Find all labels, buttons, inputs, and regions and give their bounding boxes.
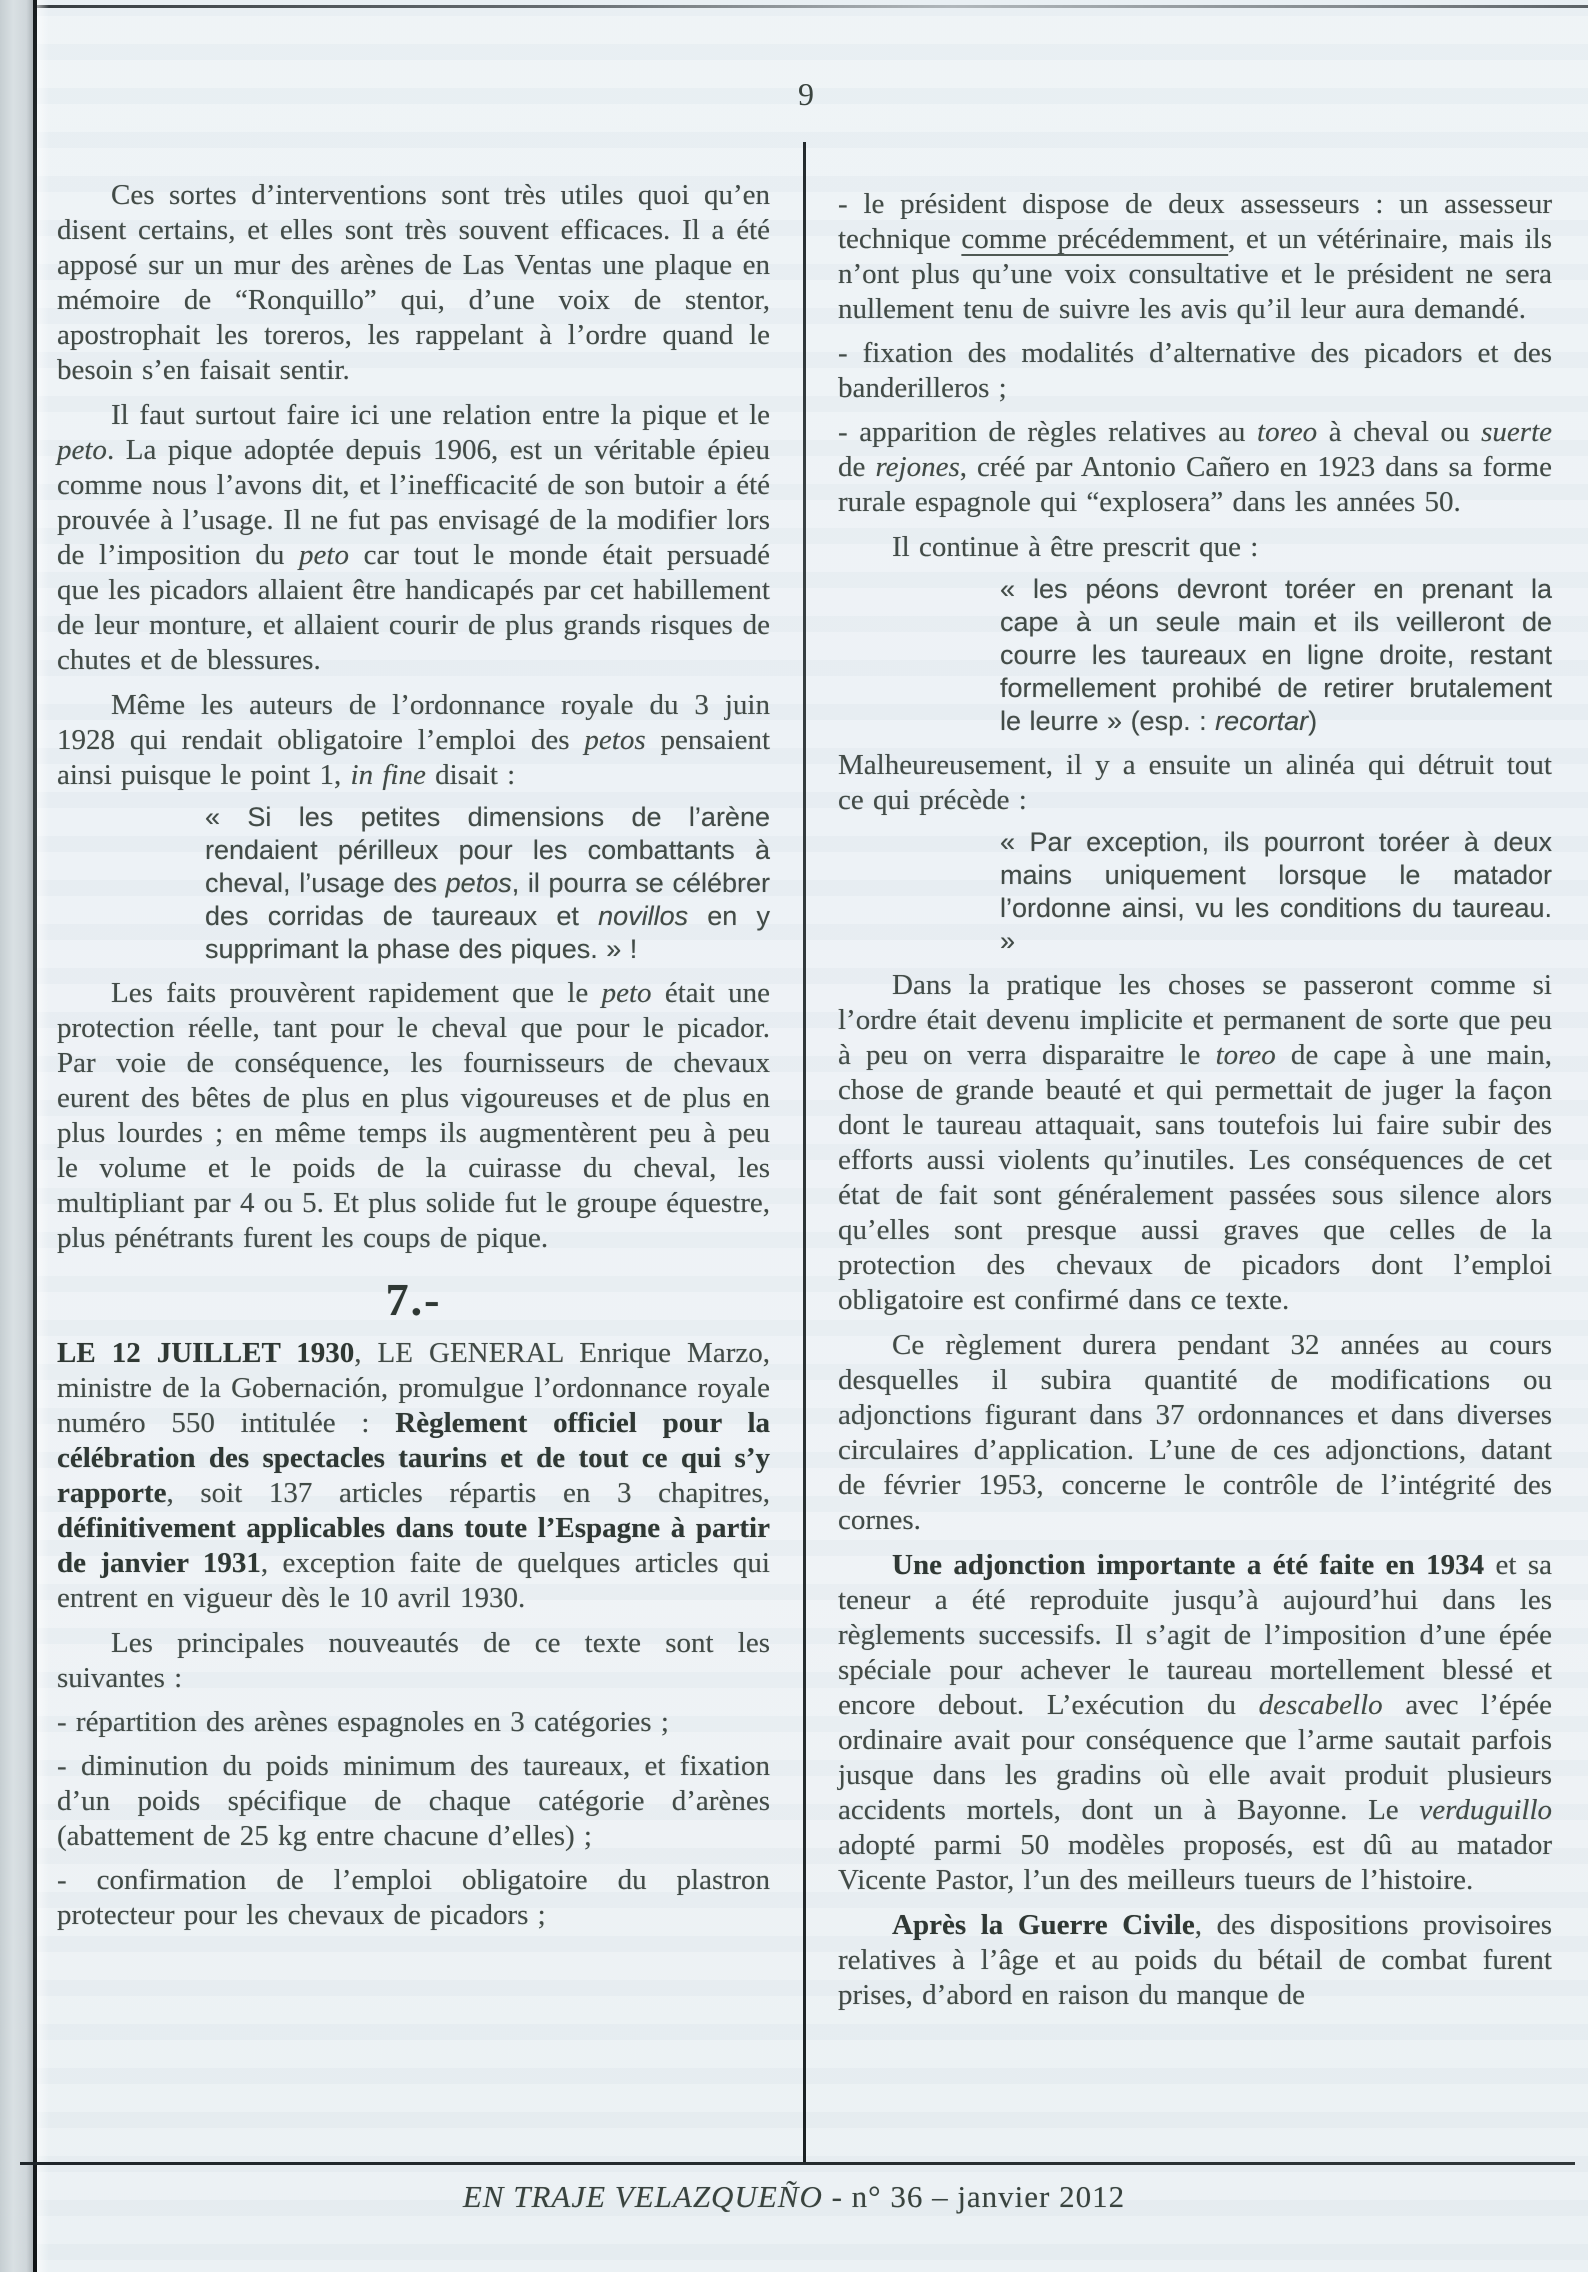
- text-segment: disait :: [426, 759, 515, 791]
- text-segment: - n° 36 – janvier 2012: [823, 2179, 1125, 2214]
- text-segment: petos: [446, 868, 512, 898]
- text-segment: à cheval ou: [1317, 416, 1481, 448]
- text-segment: toreo: [1216, 1039, 1276, 1071]
- text-segment: verduguillo: [1419, 1794, 1552, 1826]
- text-segment: toreo: [1257, 416, 1317, 448]
- page-number: 9: [746, 76, 866, 113]
- text-segment: Il continue à être prescrit que :: [892, 531, 1258, 563]
- text-segment: novillos: [598, 901, 688, 931]
- list-item: - confirmation de l’emploi obligatoire d…: [57, 1863, 770, 1933]
- paragraph: Il continue à être prescrit que :: [838, 530, 1552, 565]
- text-segment: LE 12 JUILLET 1930: [57, 1337, 354, 1369]
- list-item: - répartition des arènes espagnoles en 3…: [57, 1705, 770, 1740]
- text-segment: suerte: [1481, 416, 1552, 448]
- paragraph: Dans la pratique les choses se passeront…: [838, 968, 1552, 1318]
- journal-footer: EN TRAJE VELAZQUEÑO - n° 36 – janvier 20…: [0, 2179, 1588, 2215]
- list-item: - le président dispose de deux assesseur…: [838, 187, 1552, 327]
- scan-edge-top: [0, 5, 1588, 8]
- text-segment: 7.-: [386, 1274, 442, 1325]
- text-segment: petos: [584, 724, 645, 756]
- text-segment: - diminution du poids minimum des taurea…: [57, 1750, 770, 1852]
- text-segment: rejones: [875, 451, 959, 483]
- footer-rule: [20, 2162, 1575, 2165]
- text-segment: Les principales nouveautés de ce texte s…: [57, 1627, 770, 1694]
- text-segment: « Par exception, ils pourront toréer à d…: [1000, 827, 1552, 956]
- text-segment: adopté parmi 50 modèles proposés, est dû…: [838, 1829, 1552, 1896]
- list-item: - fixation des modalités d’alternative d…: [838, 336, 1552, 406]
- paragraph: LE 12 JUILLET 1930, LE GENERAL Enrique M…: [57, 1336, 770, 1616]
- text-segment: Les faits prouvèrent rapidement que le: [111, 977, 602, 1009]
- text-segment: - répartition des arènes espagnoles en 3…: [57, 1706, 669, 1738]
- text-segment: comme précédemment: [961, 223, 1228, 255]
- text-segment: - apparition de règles relatives au: [838, 416, 1257, 448]
- text-segment: était une protection réelle, tant pour l…: [57, 977, 770, 1254]
- paragraph: Il faut surtout faire ici une relation e…: [57, 398, 770, 678]
- scanned-document-page: 9 Ces sortes d’interventions sont très u…: [0, 0, 1588, 2272]
- column-divider: [803, 142, 806, 2163]
- block-quote: « Si les petites dimensions de l’arène r…: [205, 801, 770, 966]
- page-fold-shadow: [0, 0, 33, 2272]
- right-column: - le président dispose de deux assesseur…: [838, 178, 1552, 2013]
- page-fold-highlight: [37, 0, 49, 2272]
- text-segment: - fixation des modalités d’alternative d…: [838, 337, 1552, 404]
- paragraph: Les faits prouvèrent rapidement que le p…: [57, 976, 770, 1256]
- left-column: Ces sortes d’interventions sont très uti…: [57, 178, 770, 1933]
- section-heading: 7.-: [57, 1274, 770, 1326]
- text-segment: Malheureusement, il y a ensuite un aliné…: [838, 749, 1552, 816]
- text-segment: Une adjonction importante a été faite en…: [892, 1549, 1484, 1581]
- paragraph: Même les auteurs de l’ordonnance royale …: [57, 688, 770, 793]
- text-segment: Après la Guerre Civile: [892, 1909, 1195, 1941]
- block-quote: « les péons devront toréer en prenant la…: [1000, 573, 1552, 738]
- text-segment: recortar: [1215, 706, 1308, 736]
- list-item: - diminution du poids minimum des taurea…: [57, 1749, 770, 1854]
- text-segment: de: [838, 451, 875, 483]
- text-segment: Il faut surtout faire ici une relation e…: [111, 399, 770, 431]
- block-quote: « Par exception, ils pourront toréer à d…: [1000, 826, 1552, 958]
- paragraph: Une adjonction importante a été faite en…: [838, 1548, 1552, 1898]
- text-segment: peto: [299, 539, 349, 571]
- text-segment: Ce règlement durera pendant 32 années au…: [838, 1329, 1552, 1536]
- paragraph: Ce règlement durera pendant 32 années au…: [838, 1328, 1552, 1538]
- text-segment: EN TRAJE VELAZQUEÑO: [463, 2179, 823, 2214]
- text-segment: peto: [602, 977, 652, 1009]
- paragraph: Après la Guerre Civile, des dispositions…: [838, 1908, 1552, 2013]
- text-segment: in fine: [351, 759, 426, 791]
- list-item: - apparition de règles relatives au tore…: [838, 415, 1552, 520]
- paragraph: Les principales nouveautés de ce texte s…: [57, 1626, 770, 1696]
- text-segment: , soit 137 articles répartis en 3 chapit…: [167, 1477, 770, 1509]
- paragraph: Ces sortes d’interventions sont très uti…: [57, 178, 770, 388]
- text-segment: ): [1308, 706, 1317, 736]
- text-segment: descabello: [1259, 1689, 1383, 1721]
- text-segment: peto: [57, 434, 107, 466]
- paragraph: Malheureusement, il y a ensuite un aliné…: [838, 748, 1552, 818]
- text-segment: de cape à une main, chose de grande beau…: [838, 1039, 1552, 1316]
- text-segment: - confirmation de l’emploi obligatoire d…: [57, 1864, 770, 1931]
- text-segment: Ces sortes d’interventions sont très uti…: [57, 179, 770, 386]
